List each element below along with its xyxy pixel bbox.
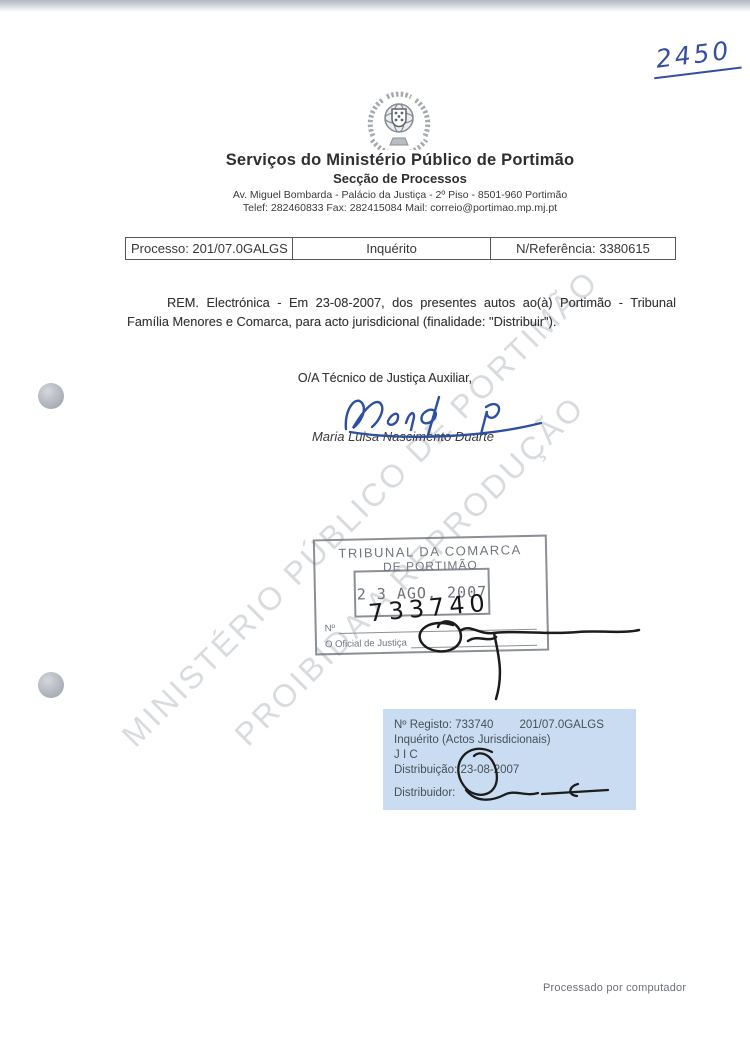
address-line: Av. Miguel Bombarda - Palácio da Justiça… xyxy=(105,189,695,201)
hole-punch-bottom xyxy=(38,672,64,698)
coat-of-arms-icon xyxy=(358,90,440,150)
hole-punch-top xyxy=(38,383,64,409)
remittance-paragraph: REM. Electrónica - Em 23-08-2007, dos pr… xyxy=(127,294,676,331)
letterhead: Serviços do Ministério Público de Portim… xyxy=(105,151,695,214)
scan-edge-shadow xyxy=(0,0,750,12)
reference-table: Processo: 201/07.0GALGS Inquérito N/Refe… xyxy=(125,237,676,260)
org-name: Serviços do Ministério Público de Portim… xyxy=(105,151,695,170)
registo-processo: 201/07.0GALGS xyxy=(519,718,603,733)
signer-role: O/A Técnico de Justiça Auxiliar, xyxy=(250,371,520,385)
contacts-line: Telef: 282460833 Fax: 282415084 Mail: co… xyxy=(105,202,695,214)
inquerito-cell: Inquérito xyxy=(293,238,491,259)
stamp-handwritten-signature xyxy=(398,597,653,702)
handwritten-signature xyxy=(336,387,556,442)
handwritten-folio-number: 2450 xyxy=(650,35,741,79)
registo-row: Nº Registo: 733740 201/07.0GALGS xyxy=(394,718,636,733)
section-name: Secção de Processos xyxy=(105,171,695,186)
distributor-handwritten-signature xyxy=(430,740,648,815)
processo-cell: Processo: 201/07.0GALGS xyxy=(126,238,293,259)
stamp-numero-label: Nº xyxy=(325,623,336,634)
registo-number: Nº Registo: 733740 xyxy=(394,718,493,733)
stamp-oficial-label: O Oficial de Justiça xyxy=(325,638,407,651)
referencia-cell: N/Referência: 3380615 xyxy=(491,238,675,259)
footer-note: Processado por computador xyxy=(543,982,686,994)
scanned-document-page: 2450 Serviços do Ministério Público de P… xyxy=(0,0,750,1061)
